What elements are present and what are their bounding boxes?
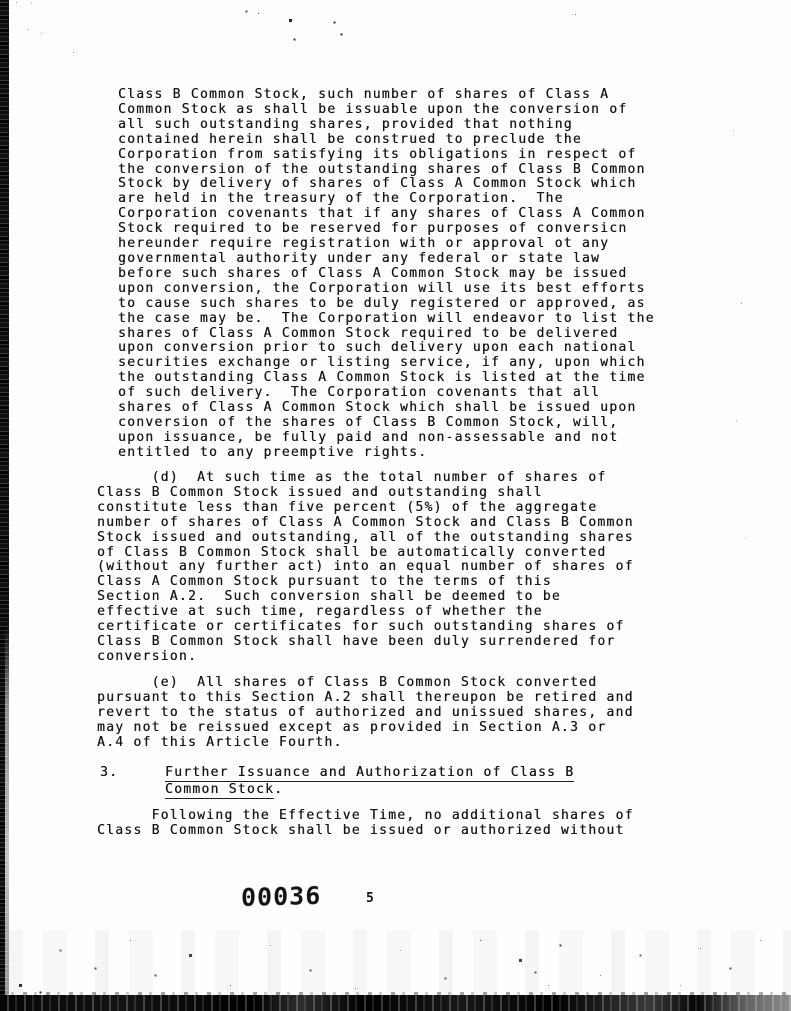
scan-noise-strip (9, 930, 791, 995)
section-3-title-period: . (274, 782, 283, 797)
section-3-heading: 3. Further Issuance and Authorization of… (100, 764, 574, 798)
page-number: 5 (366, 891, 374, 906)
bates-stamp: 00036 (241, 883, 321, 911)
paragraph-d-automatic-conversion: (d) At such time as the total number of … (97, 471, 634, 665)
paragraph-conversion-obligations: Class B Common Stock, such number of sha… (118, 88, 655, 461)
section-3-title-line2: Common Stock (165, 782, 274, 799)
scan-edge-left (0, 0, 9, 1011)
section-3-title-line1: Further Issuance and Authorization of Cl… (165, 765, 574, 782)
scanned-document-page: Class B Common Stock, such number of sha… (0, 0, 791, 1011)
section-3-title: Further Issuance and Authorization of Cl… (165, 764, 574, 798)
paragraph-e-retired-shares: (e) All shares of Class B Common Stock c… (97, 676, 634, 751)
section-3-number: 3. (100, 764, 165, 798)
scan-edge-bottom (0, 995, 791, 1011)
paragraph-following-effective-time: Following the Effective Time, no additio… (97, 809, 634, 839)
